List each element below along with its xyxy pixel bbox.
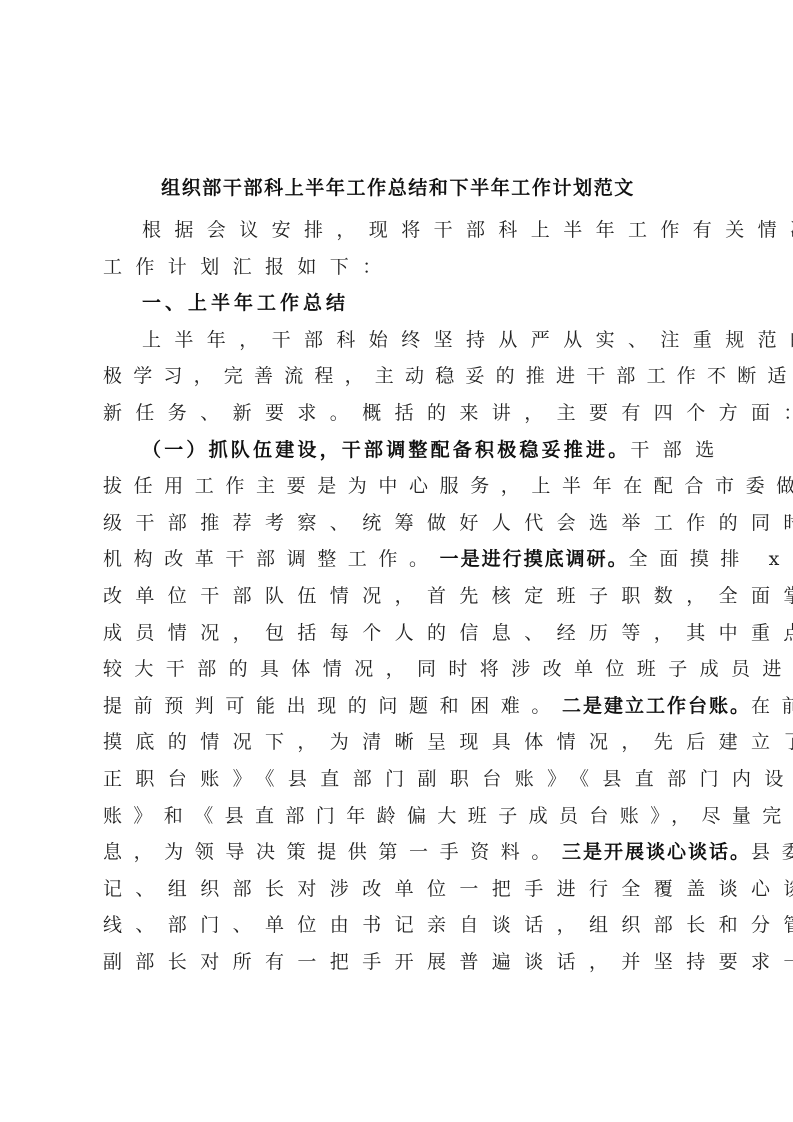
- intro-line-2: 工作计划汇报如下：: [103, 249, 693, 286]
- sub1-line-4-post: 全面摸排 x 个涉: [629, 548, 793, 570]
- sub1-line-10: 正职台账》《县直部门副职台账》《县直部门内设部门正职台: [103, 761, 693, 798]
- sub1-line-15: 副部长对所有一把手开展普遍谈话，并坚持要求一把手与所有: [103, 944, 693, 981]
- intro-line-1: 根据会议安排，现将干部科上半年工作有关情况和下半年: [103, 212, 693, 249]
- subsection-1-paragraph: （一）抓队伍建设，干部调整配备积极稳妥推进。干部选 拔任用工作主要是为中心服务，…: [103, 432, 693, 981]
- sub1-line-6: 成员情况，包括每个人的信息、经历等，其中重点摸排了年龄: [103, 615, 693, 652]
- sub1-line-1-rest: 干部选: [630, 439, 727, 461]
- document-title: 组织部干部科上半年工作总结和下半年工作计划范文: [103, 170, 693, 206]
- sub1-line-2: 拔任用工作主要是为中心服务，上半年在配合市委做好 x 名县: [103, 468, 693, 505]
- document-page: 组织部干部科上半年工作总结和下半年工作计划范文 根据会议安排，现将干部科上半年工…: [103, 170, 693, 980]
- sub1-line-8: 提前预判可能出现的问题和困难。二是建立工作台账。在前期: [103, 688, 693, 725]
- sub1-line-8-post: 在前期: [751, 695, 793, 717]
- section-heading-1: 一、上半年工作总结: [103, 285, 693, 322]
- point-one-heading: 一是进行摸底调研。: [440, 548, 629, 570]
- sub1-line-12-post: 县委书: [751, 841, 793, 863]
- sub1-line-4-pre: 机构改革干部调整工作。: [103, 548, 440, 570]
- sub1-line-13: 记、组织部长对涉改单位一把手进行全覆盖谈心谈话，重点条: [103, 871, 693, 908]
- intro-paragraph: 根据会议安排，现将干部科上半年工作有关情况和下半年 工作计划汇报如下：: [103, 212, 693, 285]
- point-two-heading: 二是建立工作台账。: [562, 695, 751, 717]
- sub1-line-7: 较大干部的具体情况，同时将涉改单位班子成员进行合并模拟，: [103, 651, 693, 688]
- sub1-line-8-pre: 提前预判可能出现的问题和困难。: [103, 695, 562, 717]
- section1-intro-paragraph: 上半年，干部科始终坚持从严从实、注重规范的要求，积 极学习，完善流程，主动稳妥的…: [103, 322, 693, 432]
- sub1-line-12-pre: 息，为领导决策提供第一手资料。: [103, 841, 562, 863]
- section1-intro-line-2: 极学习，完善流程，主动稳妥的推进干部工作不断适应新形势、: [103, 358, 693, 395]
- sub1-line-1: （一）抓队伍建设，干部调整配备积极稳妥推进。干部选: [103, 432, 693, 469]
- sub1-line-12: 息，为领导决策提供第一手资料。三是开展谈心谈话。县委书: [103, 834, 693, 871]
- sub1-line-5: 改单位干部队伍情况，首先核定班子职数，全面掌握现任班子: [103, 578, 693, 615]
- sub1-line-3: 级干部推荐考察、统筹做好人代会选举工作的同时，重点做好: [103, 505, 693, 542]
- sub1-heading: （一）抓队伍建设，干部调整配备积极稳妥推进。: [142, 439, 630, 461]
- sub1-line-14: 线、部门、单位由书记亲自谈话，组织部长和分管干部的常务: [103, 907, 693, 944]
- point-three-heading: 三是开展谈心谈话。: [562, 841, 751, 863]
- sub1-line-11: 账》和《县直部门年龄偏大班子成员台账》，尽量完善台账信: [103, 798, 693, 835]
- section1-intro-line-1: 上半年，干部科始终坚持从严从实、注重规范的要求，积: [103, 322, 693, 359]
- section-heading-1-text: 一、上半年工作总结: [103, 285, 693, 322]
- sub1-line-4: 机构改革干部调整工作。一是进行摸底调研。全面摸排 x 个涉: [103, 541, 693, 578]
- section1-intro-line-3: 新任务、新要求。概括的来讲，主要有四个方面：: [103, 395, 693, 432]
- sub1-line-9: 摸底的情况下，为清晰呈现具体情况，先后建立了《县直部门: [103, 724, 693, 761]
